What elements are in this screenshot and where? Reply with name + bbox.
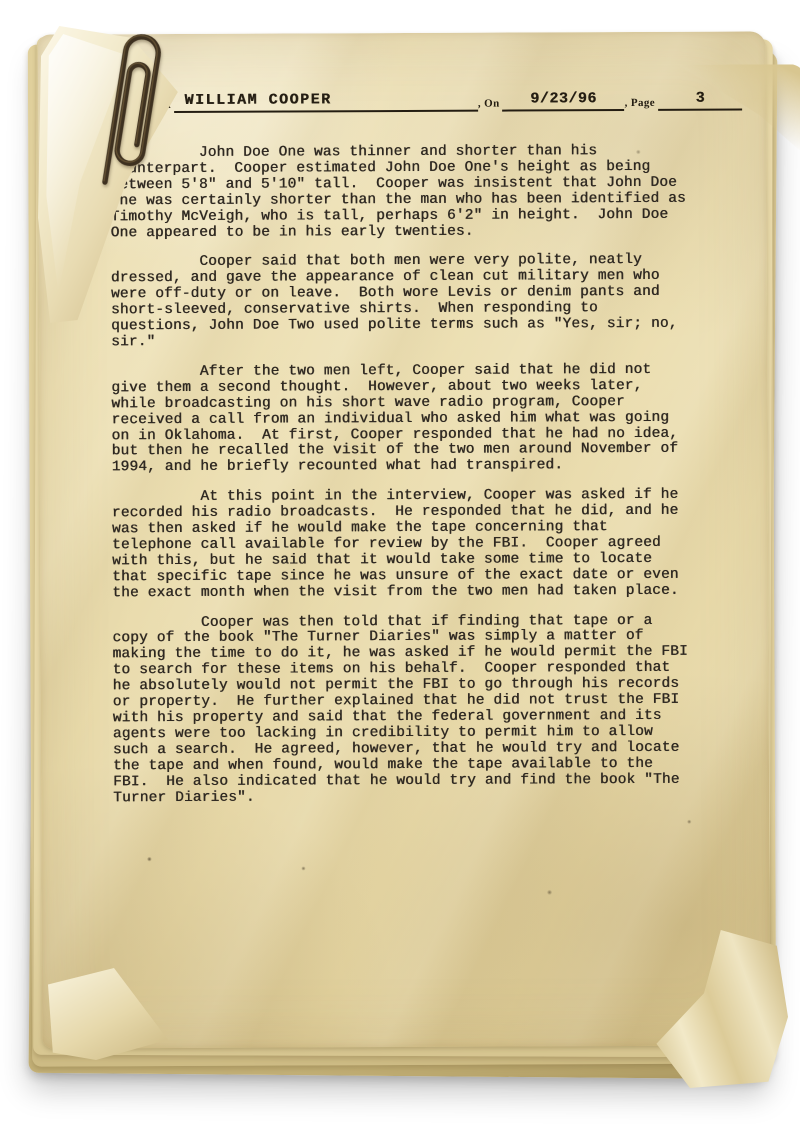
- scanned-document-photo: of FD-302 of WILLIAM COOPER , On 9/23/96…: [0, 0, 800, 1124]
- subject-name-field: WILLIAM COOPER: [174, 91, 477, 113]
- paragraph: At this point in the interview, Cooper w…: [112, 488, 734, 602]
- paragraph: After the two men left, Cooper said that…: [111, 362, 733, 476]
- page-label: , Page: [625, 97, 659, 111]
- paragraph: Cooper said that both men were very poli…: [111, 253, 733, 351]
- page-number-field: 3: [658, 90, 742, 111]
- paragraph: John Doe One was thinner and shorter tha…: [110, 144, 732, 242]
- on-label: , On: [478, 98, 503, 112]
- paragraph: Cooper was then told that if finding tha…: [112, 613, 735, 807]
- form-header: of FD-302 of WILLIAM COOPER , On 9/23/96…: [108, 90, 742, 114]
- date-field: 9/23/96: [503, 90, 625, 112]
- document-body: John Doe One was thinner and shorter tha…: [110, 144, 735, 821]
